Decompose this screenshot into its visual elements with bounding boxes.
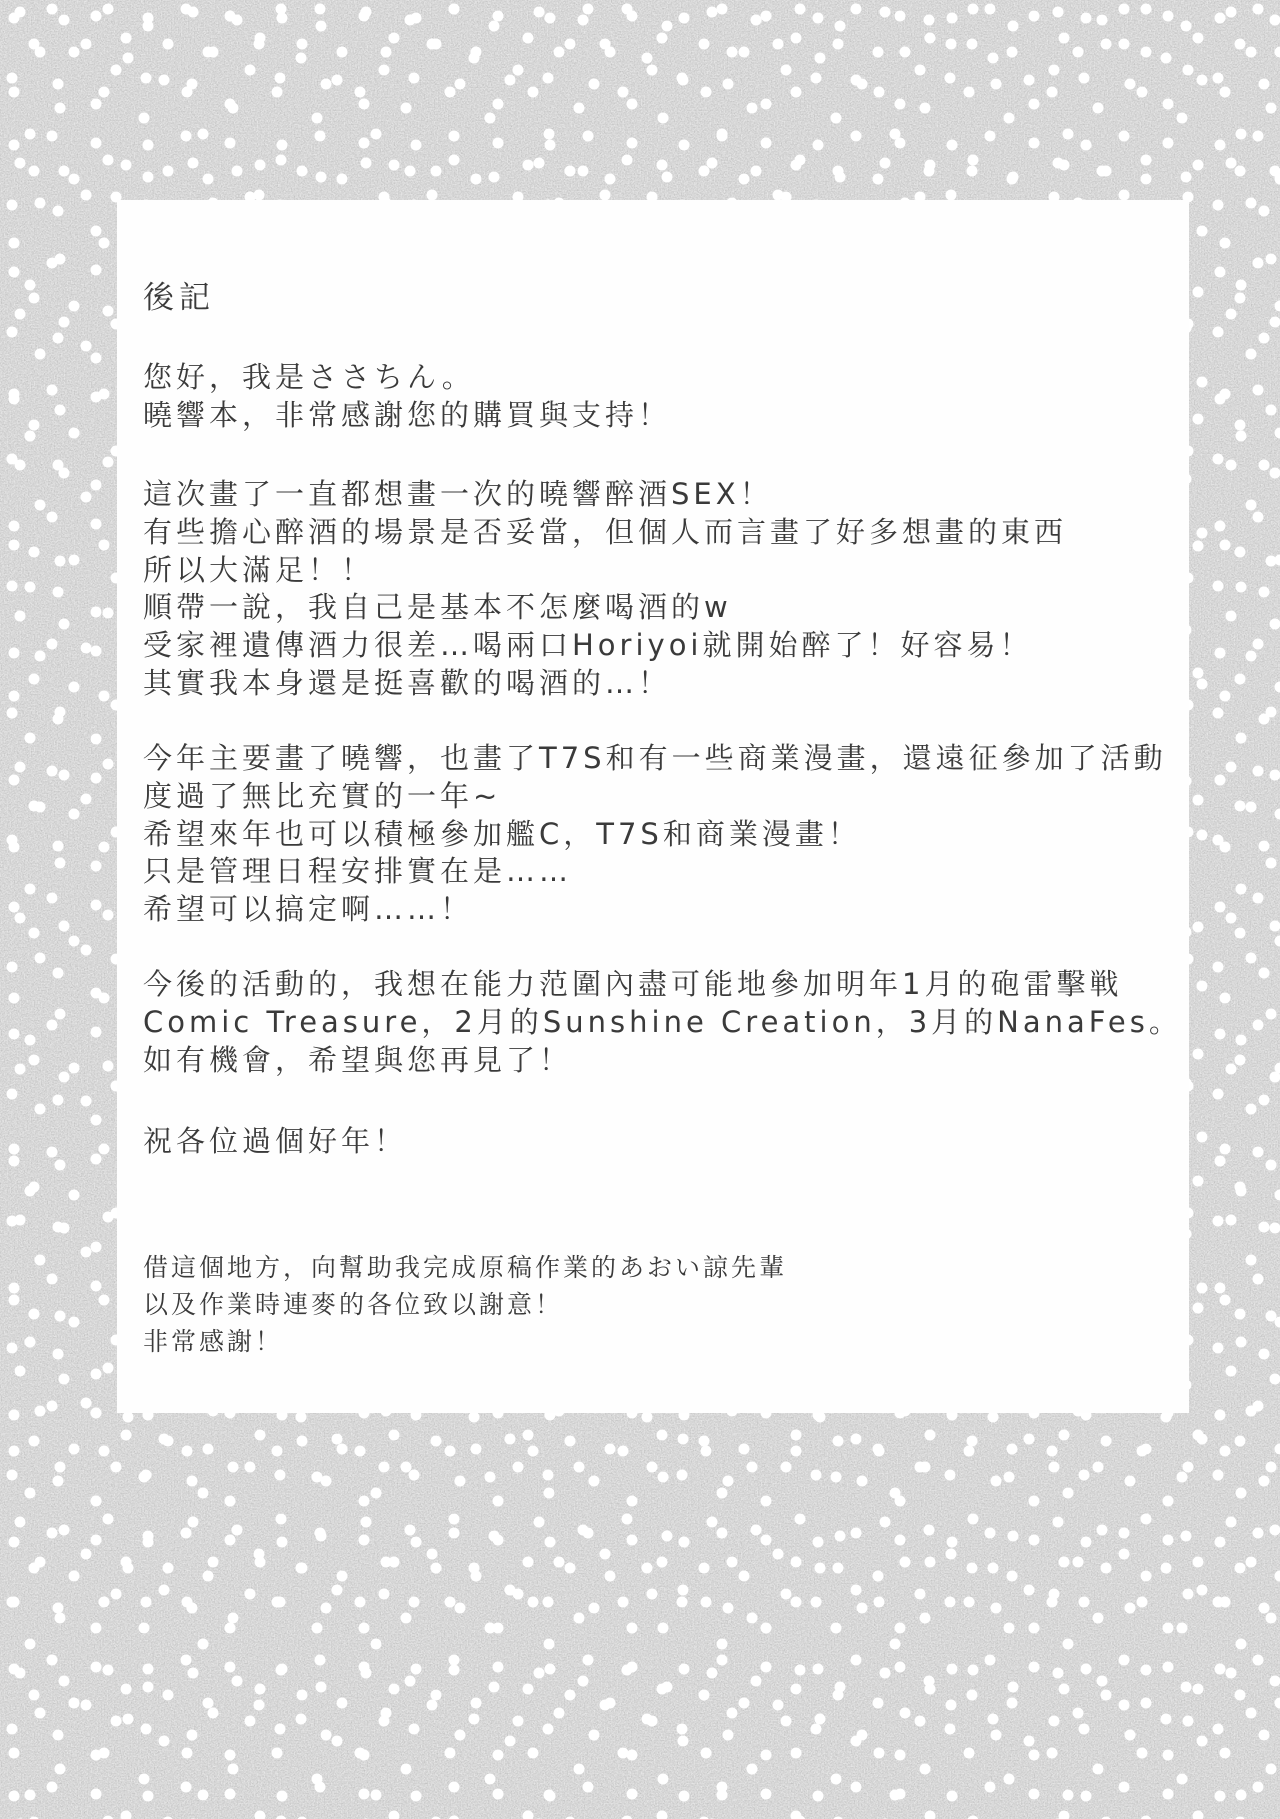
text-line: 如有機會，希望與您再見了！ <box>143 1042 1173 1080</box>
text-line: 以及作業時連麥的各位致以謝意！ <box>143 1286 1173 1323</box>
paragraph-new-year-wish: 祝各位過個好年！ <box>143 1123 1173 1161</box>
text-line: 借這個地方，向幫助我完成原稿作業的あおい諒先輩 <box>143 1249 1173 1286</box>
text-line: 所以大滿足！！ <box>143 552 1173 590</box>
afterword-title: 後記 <box>143 278 215 318</box>
text-line: 有些擔心醉酒的場景是否妥當，但個人而言畫了好多想畫的東西 <box>143 514 1173 552</box>
text-line: 您好，我是ささちん。 <box>143 359 1173 397</box>
paragraph-about-book: 這次畫了一直都想畫一次的曉響醉酒SEX！ 有些擔心醉酒的場景是否妥當，但個人而言… <box>143 476 1173 703</box>
paragraph-thanks: 借這個地方，向幫助我完成原稿作業的あおい諒先輩 以及作業時連麥的各位致以謝意！ … <box>143 1249 1173 1360</box>
text-line: 祝各位過個好年！ <box>143 1123 1173 1161</box>
text-line: 今後的活動的，我想在能力范圍內盡可能地參加明年1月的砲雷擊戦 <box>143 966 1173 1004</box>
text-line: 希望可以搞定啊……！ <box>143 891 1173 929</box>
paragraph-year-recap: 今年主要畫了曉響，也畫了T7S和有一些商業漫畫，還遠征參加了活動 度過了無比充實… <box>143 740 1173 929</box>
text-line: 今年主要畫了曉響，也畫了T7S和有一些商業漫畫，還遠征參加了活動 <box>143 740 1173 778</box>
paragraph-future-events: 今後的活動的，我想在能力范圍內盡可能地參加明年1月的砲雷擊戦 Comic Tre… <box>143 966 1173 1079</box>
text-line: 希望來年也可以積極參加艦C，T7S和商業漫畫！ <box>143 816 1173 854</box>
text-line: Comic Treasure，2月的Sunshine Creation，3月的N… <box>143 1004 1173 1042</box>
paper-text-panel: 後記 您好，我是ささちん。 曉響本，非常感謝您的購買與支持！ 這次畫了一直都想畫… <box>117 200 1189 1413</box>
text-line: 受家裡遺傳酒力很差…喝兩口Horiyoi就開始醉了！好容易！ <box>143 627 1173 665</box>
text-line: 度過了無比充實的一年~ <box>143 778 1173 816</box>
text-line: 非常感謝！ <box>143 1323 1173 1360</box>
text-line: 順帶一說，我自己是基本不怎麼喝酒的w <box>143 589 1173 627</box>
paragraph-greeting: 您好，我是ささちん。 曉響本，非常感謝您的購買與支持！ <box>143 359 1173 435</box>
text-line: 這次畫了一直都想畫一次的曉響醉酒SEX！ <box>143 476 1173 514</box>
text-line: 其實我本身還是挺喜歡的喝酒的…！ <box>143 665 1173 703</box>
text-line: 曉響本，非常感謝您的購買與支持！ <box>143 397 1173 435</box>
text-line: 只是管理日程安排實在是…… <box>143 853 1173 891</box>
